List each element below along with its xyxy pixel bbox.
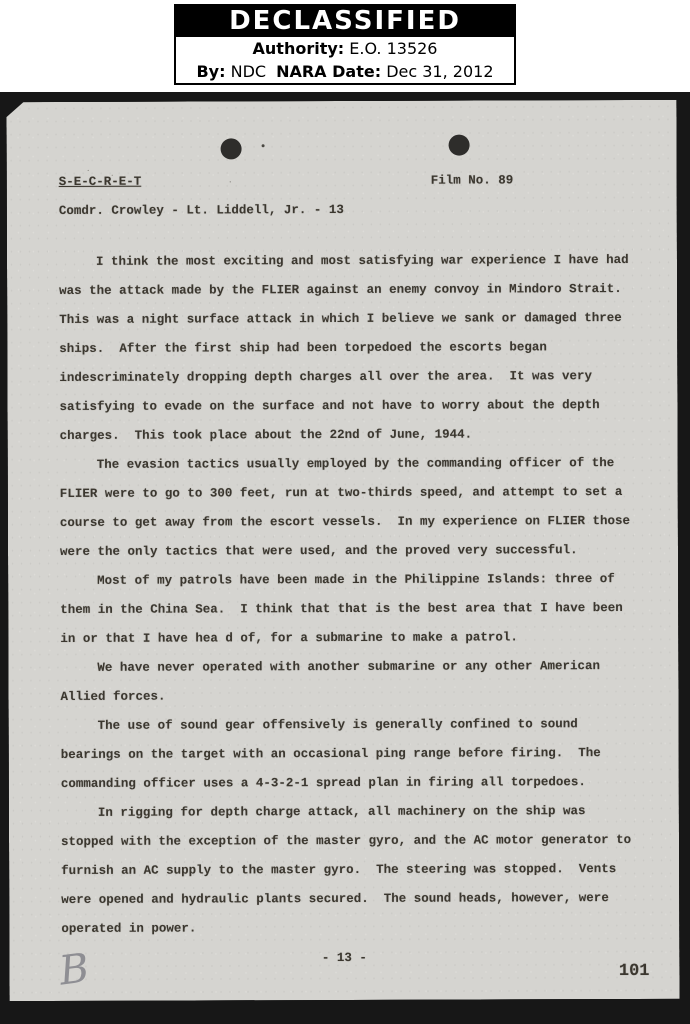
page-number: - 13 -	[9, 943, 679, 974]
paper-speckle	[262, 144, 265, 147]
document-header: S-E-C-R-E-T Film No. 89	[59, 166, 639, 197]
archive-page-number: 101	[619, 957, 650, 986]
declassification-stamp: DECLASSIFIED Authority: E.O. 13526 By: N…	[174, 4, 516, 85]
paper-sheet: S-E-C-R-E-T Film No. 89 Comdr. Crowley -…	[6, 100, 679, 1001]
by-value: NDC	[231, 62, 266, 81]
by-label: By:	[196, 62, 225, 81]
classification-marking: S-E-C-R-E-T	[59, 175, 142, 189]
film-number: Film No. 89	[431, 166, 514, 195]
scanned-page-photo: S-E-C-R-E-T Film No. 89 Comdr. Crowley -…	[0, 92, 690, 1024]
paragraph: The use of sound gear offensively is gen…	[61, 710, 641, 799]
hole-punch-icon	[221, 138, 242, 159]
hole-punch-icon	[449, 135, 470, 156]
paragraph: Most of my patrols have been made in the…	[60, 565, 640, 654]
declassified-document-page: DECLASSIFIED Authority: E.O. 13526 By: N…	[0, 0, 690, 1024]
stamp-by-line: By: NDCNARA Date: Dec 31, 2012	[176, 60, 514, 83]
nara-date-label: NARA Date:	[276, 62, 381, 81]
stamp-authority-line: Authority: E.O. 13526	[176, 37, 514, 60]
paragraph: We have never operated with another subm…	[60, 652, 640, 712]
paragraph: The evasion tactics usually employed by …	[60, 449, 640, 567]
stamp-title: DECLASSIFIED	[176, 6, 514, 37]
paragraph: I think the most exciting and most satis…	[59, 246, 640, 451]
paragraph: In rigging for depth charge attack, all …	[61, 797, 642, 944]
stamp-strip: DECLASSIFIED Authority: E.O. 13526 By: N…	[0, 0, 690, 92]
subject-line: Comdr. Crowley - Lt. Liddell, Jr. - 13	[59, 195, 639, 226]
typed-content: S-E-C-R-E-T Film No. 89 Comdr. Crowley -…	[6, 100, 679, 944]
authority-value: E.O. 13526	[349, 39, 437, 58]
authority-label: Authority:	[253, 39, 345, 58]
nara-date-value: Dec 31, 2012	[386, 62, 493, 81]
document-body: I think the most exciting and most satis…	[59, 246, 641, 944]
handwritten-mark: B	[57, 945, 92, 994]
